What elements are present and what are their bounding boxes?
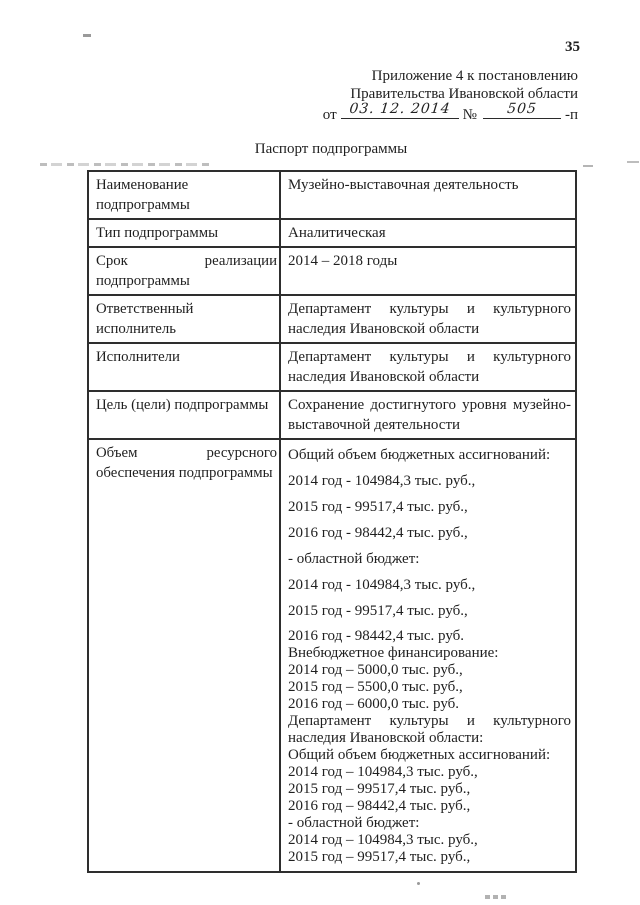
budget-line: - областной бюджет: [288, 550, 571, 569]
document-page: 35 Приложение 4 к постановлению Правител… [0, 0, 640, 905]
number-suffix: -п [565, 107, 578, 123]
budget-line: 2015 год - 99517,4 тыс. руб., [288, 498, 571, 517]
row-value: Аналитическая [280, 219, 576, 247]
row-value: Музейно-выставочная деятельность [280, 171, 576, 219]
page-number: 35 [565, 39, 580, 56]
passport-table: Наименование подпрограммы Музейно-выстав… [87, 170, 577, 873]
budget-line: Внебюджетное финансирование: [288, 645, 571, 662]
row-label: Наименование подпрограммы [88, 171, 280, 219]
scan-artifact-dashed-line [40, 163, 210, 166]
budget-line: - областной бюджет: [288, 815, 571, 832]
row-label: Объем ресурсного обеспечения подпрограмм… [88, 439, 280, 872]
handwritten-number: 505 [506, 100, 538, 118]
budget-line: 2015 год - 99517,4 тыс. руб., [288, 602, 571, 621]
handwritten-date: 03. 12. 2014 [348, 100, 451, 118]
budget-line: 2014 год - 104984,3 тыс. руб., [288, 576, 571, 595]
table-row: Тип подпрограммы Аналитическая [88, 219, 576, 247]
budget-line: 2016 год - 98442,4 тыс. руб., [288, 524, 571, 543]
scan-artifact [417, 882, 420, 885]
attribution-line-1: Приложение 4 к постановлению [323, 67, 578, 85]
attribution-line-3: от03. 12. 2014№505-п [323, 104, 578, 124]
budget-line: Общий объем бюджетных ассигнований: [288, 446, 571, 465]
attribution-block: Приложение 4 к постановлению Правительст… [323, 67, 578, 124]
budget-line: 2016 год – 6000,0 тыс. руб. [288, 696, 571, 713]
table-row: Объем ресурсного обеспечения подпрограмм… [88, 439, 576, 872]
scan-artifact [627, 161, 639, 163]
row-value-budget: Общий объем бюджетных ассигнований: 2014… [280, 439, 576, 872]
table-row: Наименование подпрограммы Музейно-выстав… [88, 171, 576, 219]
row-value: Департамент культуры и культурного насле… [280, 295, 576, 343]
budget-line: 2014 год – 104984,3 тыс. руб., [288, 832, 571, 849]
row-label: Цель (цели) подпрограммы [88, 391, 280, 439]
budget-line: Общий объем бюджетных ассигнований: [288, 747, 571, 764]
row-label: Тип подпрограммы [88, 219, 280, 247]
budget-line: 2014 год - 104984,3 тыс. руб., [288, 472, 571, 491]
budget-line: 2014 год – 5000,0 тыс. руб., [288, 662, 571, 679]
budget-line: 2014 год – 104984,3 тыс. руб., [288, 764, 571, 781]
row-label: Срок реализации подпрограммы [88, 247, 280, 295]
budget-line: 2016 год - 98442,4 тыс. руб. [288, 628, 571, 645]
row-value: Сохранение достигнутого уровня музейно-в… [280, 391, 576, 439]
row-label: Ответственный исполнитель [88, 295, 280, 343]
table-row: Ответственный исполнитель Департамент ку… [88, 295, 576, 343]
number-sign: № [463, 107, 477, 123]
budget-line: 2015 год – 99517,4 тыс. руб., [288, 849, 571, 866]
budget-line: Департамент культуры и культурного насле… [288, 713, 571, 747]
scan-artifact [583, 165, 593, 167]
table-row: Цель (цели) подпрограммы Сохранение дост… [88, 391, 576, 439]
budget-line: 2016 год – 98442,4 тыс. руб., [288, 798, 571, 815]
table-row: Срок реализации подпрограммы 2014 – 2018… [88, 247, 576, 295]
row-label: Исполнители [88, 343, 280, 391]
row-value: 2014 – 2018 годы [280, 247, 576, 295]
scan-artifact [83, 34, 91, 37]
row-value: Департамент культуры и культурного насле… [280, 343, 576, 391]
budget-line: 2015 год – 5500,0 тыс. руб., [288, 679, 571, 696]
scan-artifact [485, 895, 507, 899]
table-row: Исполнители Департамент культуры и культ… [88, 343, 576, 391]
number-blank: 505 [483, 104, 561, 119]
document-title: Паспорт подпрограммы [87, 141, 575, 158]
from-label: от [323, 107, 337, 123]
budget-line: 2015 год – 99517,4 тыс. руб., [288, 781, 571, 798]
date-blank: 03. 12. 2014 [341, 104, 459, 119]
